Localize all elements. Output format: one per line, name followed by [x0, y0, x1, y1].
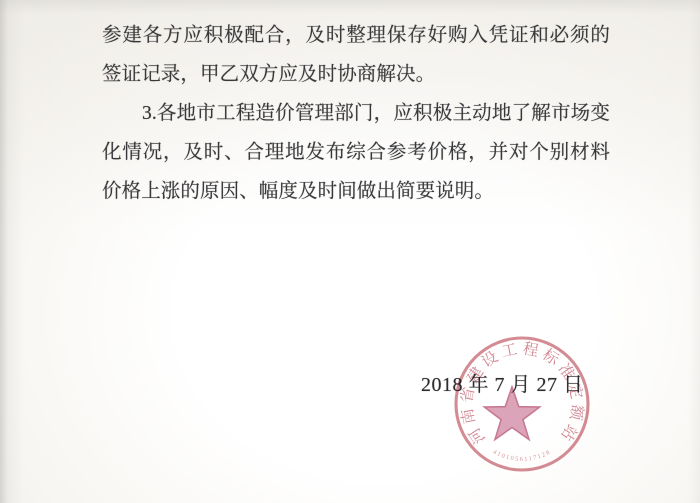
scanned-document-page: 参建各方应积极配合，及时整理保存好购入凭证和必须的签证记录，甲乙双方应及时协商解… [0, 0, 700, 503]
seal-ring [456, 338, 588, 470]
seal-serial-number: 4101056117128 [492, 448, 553, 463]
document-date: 2018 年 7 月 27 日 [421, 368, 584, 397]
paragraph-item-3: 3.各地市工程造价管理部门，应积极主动地了解市场变化情况，及时、合理地发布综合参… [102, 94, 610, 211]
official-red-seal: 河南省建设工程标准定额站 4101056117128 [442, 324, 602, 484]
document-body-text: 参建各方应积极配合，及时整理保存好购入凭证和必须的签证记录，甲乙双方应及时协商解… [102, 16, 610, 211]
paragraph-continuation: 参建各方应积极配合，及时整理保存好购入凭证和必须的签证记录，甲乙双方应及时协商解… [102, 16, 610, 94]
